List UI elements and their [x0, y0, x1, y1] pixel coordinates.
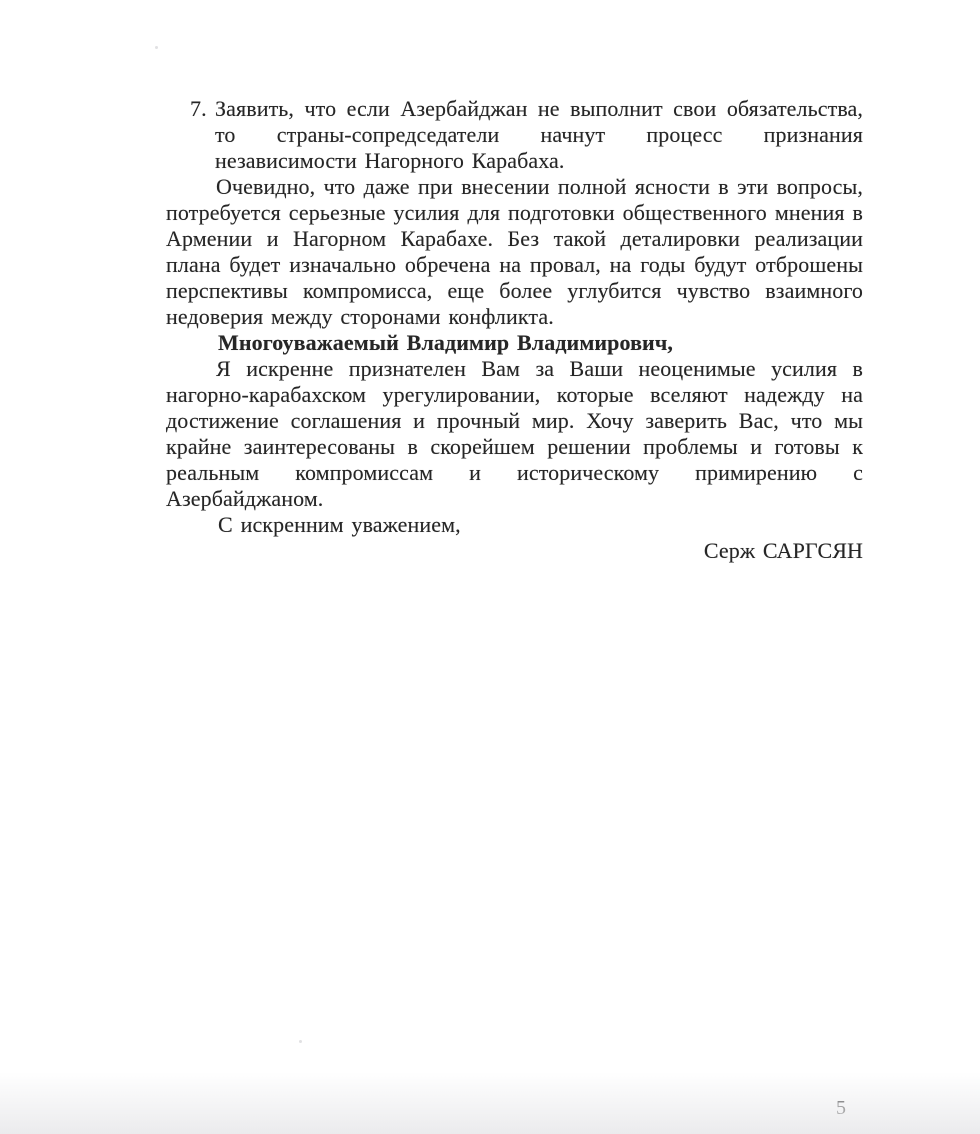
scan-artifact-speck — [155, 46, 158, 49]
list-item-text: Заявить, что если Азербайджан не выполни… — [215, 96, 863, 174]
document-page: 7. Заявить, что если Азербайджан не выпо… — [0, 0, 980, 1134]
page-number: 5 — [836, 1097, 846, 1120]
salutation-line: Многоуважаемый Владимир Владимирович, — [166, 330, 863, 356]
list-item-marker: 7. — [190, 96, 207, 122]
signature-name: Серж САРГСЯН — [166, 538, 863, 564]
numbered-list-item-7: 7. Заявить, что если Азербайджан не выпо… — [166, 96, 863, 174]
paragraph-overview: Очевидно, что даже при внесении полной я… — [166, 174, 863, 330]
paragraph-gratitude: Я искренне признателен Вам за Ваши неоце… — [166, 356, 863, 512]
letter-body: 7. Заявить, что если Азербайджан не выпо… — [166, 0, 863, 564]
page-bottom-shade — [0, 1072, 980, 1134]
scan-artifact-speck — [299, 1040, 302, 1043]
closing-line: С искренним уважением, — [166, 512, 863, 538]
